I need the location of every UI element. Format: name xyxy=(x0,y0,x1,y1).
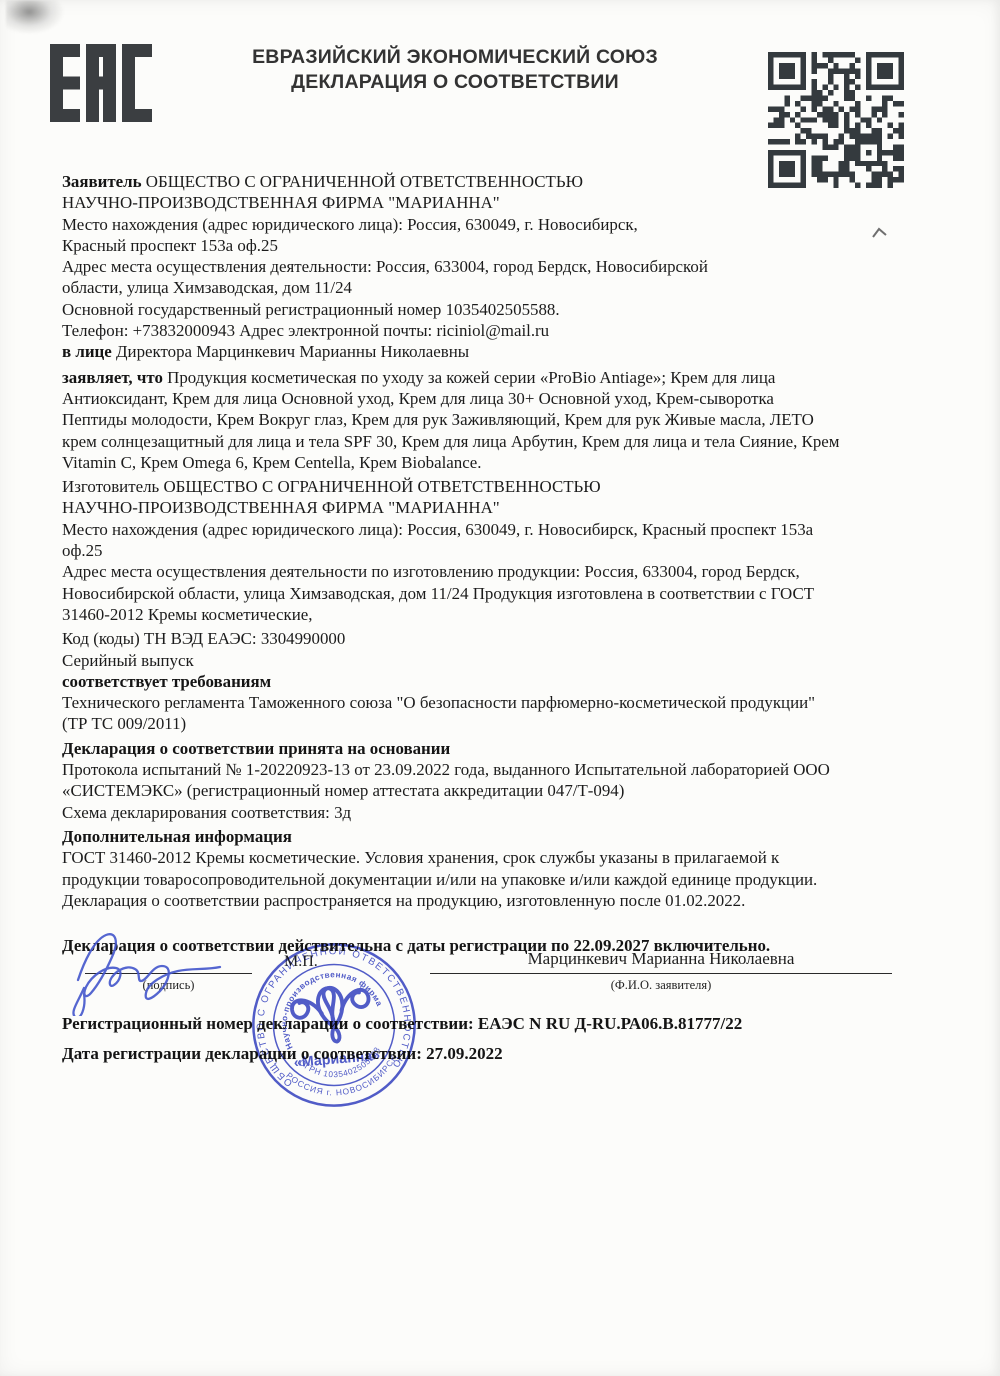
applicant-label: Заявитель xyxy=(62,172,142,191)
codes-lines: Код (коды) ТН ВЭД ЕАЭС: 3304990000Серийн… xyxy=(62,628,902,671)
text-line: области, улица Химзаводская, дом 11/24 xyxy=(62,277,902,298)
basis-heading: Декларация о соответствии принята на осн… xyxy=(62,738,902,759)
stamp-name: «Марианна» xyxy=(293,1048,381,1071)
title-line-2: ДЕКЛАРАЦИЯ О СООТВЕТСТВИИ xyxy=(150,70,760,95)
product-lines: Антиоксидант, Крем для лица Основной ухо… xyxy=(62,388,902,473)
text-line: Серийный выпуск xyxy=(62,650,902,671)
text-line: Пептиды молодости, Крем Вокруг глаз, Кре… xyxy=(62,409,902,430)
text-line: Схема декларирования соответствия: 3д xyxy=(62,802,902,823)
document-body: Заявитель ОБЩЕСТВО С ОГРАНИЧЕННОЙ ОТВЕТС… xyxy=(62,171,902,956)
product-text: Продукция косметическая по уходу за коже… xyxy=(167,368,775,387)
in-face-label: в лице xyxy=(62,342,112,361)
text-line: НАУЧНО-ПРОИЗВОДСТВЕННАЯ ФИРМА "МАРИАННА" xyxy=(62,497,902,518)
text-line: Место нахождения (адрес юридического лиц… xyxy=(62,214,902,235)
text-line: Красный проспект 153а оф.25 xyxy=(62,235,902,256)
company-stamp: ОБЩЕСТВО С ОГРАНИЧЕННОЙ ОТВЕТСТВЕННОСТЬЮ… xyxy=(237,928,432,1123)
in-face-text: Директора Марцинкевич Марианны Николаевн… xyxy=(116,342,469,361)
fio-line xyxy=(430,973,892,974)
text-line: Протокола испытаний № 1-20220923-13 от 2… xyxy=(62,759,902,780)
applicant-section: Заявитель ОБЩЕСТВО С ОГРАНИЧЕННОЙ ОТВЕТС… xyxy=(62,171,902,363)
text-line: Код (коды) ТН ВЭД ЕАЭС: 3304990000 xyxy=(62,628,902,649)
basis-section: Декларация о соответствии принята на осн… xyxy=(62,738,902,823)
applicant-fio: Марцинкевич Марианна Николаевна xyxy=(430,949,892,969)
text-line: Телефон: +73832000943 Адрес электронной … xyxy=(62,320,902,341)
declares-label: заявляет, что xyxy=(62,368,163,387)
manufacturer-lines: Изготовитель ОБЩЕСТВО С ОГРАНИЧЕННОЙ ОТВ… xyxy=(62,476,902,625)
compliance-heading: соответствует требованиям xyxy=(62,671,902,692)
text-line: Технического регламента Таможенного союз… xyxy=(62,692,902,713)
text-line: оф.25 xyxy=(62,540,902,561)
text-line: Основной государственный регистрационный… xyxy=(62,299,902,320)
text-line: 31460-2012 Кремы косметические, xyxy=(62,604,902,625)
additional-lines: ГОСТ 31460-2012 Кремы косметические. Усл… xyxy=(62,847,902,911)
text-line: (ТР ТС 009/2011) xyxy=(62,713,902,734)
declaration-document: ЕВРАЗИЙСКИЙ ЭКОНОМИЧЕСКИЙ СОЮЗ ДЕКЛАРАЦИ… xyxy=(0,0,1000,1376)
text-line: «СИСТЕМЭКС» (регистрационный номер аттес… xyxy=(62,780,902,801)
text-line: Адрес места осуществления деятельности п… xyxy=(62,561,902,582)
document-title: ЕВРАЗИЙСКИЙ ЭКОНОМИЧЕСКИЙ СОЮЗ ДЕКЛАРАЦИ… xyxy=(150,45,760,95)
applicant-name: ОБЩЕСТВО С ОГРАНИЧЕННОЙ ОТВЕТСТВЕННОСТЬЮ xyxy=(146,172,583,191)
fio-caption: (Ф.И.О. заявителя) xyxy=(430,978,892,993)
text-line: Vitamin C, Крем Omega 6, Крем Centella, … xyxy=(62,452,902,473)
text-line: Место нахождения (адрес юридического лиц… xyxy=(62,519,902,540)
text-line: Новосибирской области, улица Химзаводска… xyxy=(62,583,902,604)
text-line: Декларация о соответствии распространяет… xyxy=(62,890,902,911)
title-line-1: ЕВРАЗИЙСКИЙ ЭКОНОМИЧЕСКИЙ СОЮЗ xyxy=(150,45,760,70)
basis-lines: Протокола испытаний № 1-20220923-13 от 2… xyxy=(62,759,902,823)
text-line: ГОСТ 31460-2012 Кремы косметические. Усл… xyxy=(62,847,902,868)
handwritten-signature xyxy=(64,930,269,1016)
product-section: заявляет, что Продукция косметическая по… xyxy=(62,367,902,473)
compliance-lines: Технического регламента Таможенного союз… xyxy=(62,692,902,735)
qr-code xyxy=(768,52,904,188)
text-line: крем солнцезащитный для лица и тела SPF … xyxy=(62,431,902,452)
scan-smudge xyxy=(6,0,64,34)
additional-heading: Дополнительная информация xyxy=(62,826,902,847)
eac-logo xyxy=(50,44,152,122)
text-line: НАУЧНО-ПРОИЗВОДСТВЕННАЯ ФИРМА "МАРИАННА" xyxy=(62,192,902,213)
codes-section: Код (коды) ТН ВЭД ЕАЭС: 3304990000Серийн… xyxy=(62,628,902,734)
manufacturer-section: Изготовитель ОБЩЕСТВО С ОГРАНИЧЕННОЙ ОТВ… xyxy=(62,476,902,625)
applicant-details: НАУЧНО-ПРОИЗВОДСТВЕННАЯ ФИРМА "МАРИАННА"… xyxy=(62,192,902,341)
text-line: Антиоксидант, Крем для лица Основной ухо… xyxy=(62,388,902,409)
text-line: продукции товаросопроводительной докумен… xyxy=(62,869,902,890)
text-line: Адрес места осуществления деятельности: … xyxy=(62,256,902,277)
additional-info-section: Дополнительная информация ГОСТ 31460-201… xyxy=(62,826,902,911)
text-line: Изготовитель ОБЩЕСТВО С ОГРАНИЧЕННОЙ ОТВ… xyxy=(62,476,902,497)
